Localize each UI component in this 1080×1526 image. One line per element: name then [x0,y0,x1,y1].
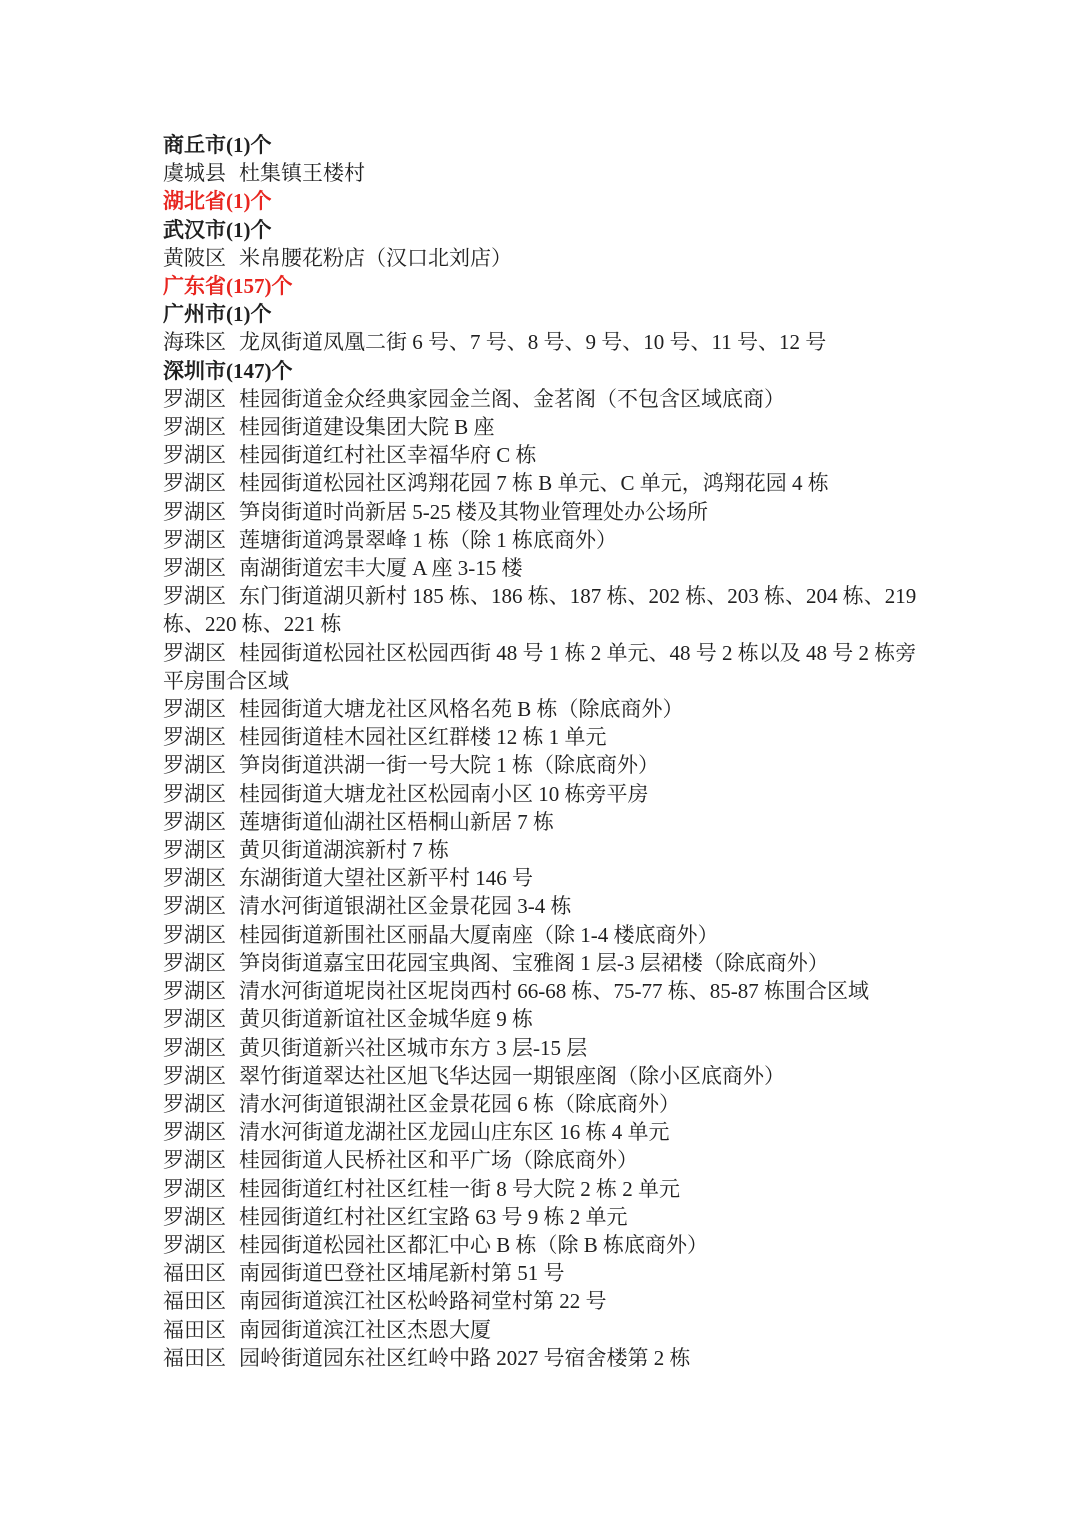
district-label: 罗湖区 [163,1007,226,1031]
address-item: 罗湖区笋岗街道洪湖一街一号大院 1 栋（除底商外） [163,751,920,779]
address-text: 桂园街道建设集团大院 B 座 [239,415,495,439]
address-text: 桂园街道桂木园社区红群楼 12 栋 1 单元 [239,725,607,749]
address-item: 罗湖区桂园街道大塘龙社区松园南小区 10 栋旁平房 [163,780,920,808]
district-label: 罗湖区 [163,923,226,947]
address-text: 桂园街道松园社区鸿翔花园 7 栋 B 单元、C 单元，鸿翔花园 4 栋 [239,471,829,495]
address-item: 罗湖区桂园街道松园社区松园西街 48 号 1 栋 2 单元、48 号 2 栋以及… [163,639,920,695]
district-label: 罗湖区 [163,1064,226,1088]
address-text: 清水河街道坭岗社区坭岗西村 66-68 栋、75-77 栋、85-87 栋围合区… [239,979,869,1003]
address-text: 东门街道湖贝新村 185 栋、186 栋、187 栋、202 栋、203 栋、2… [163,584,916,636]
district-label: 罗湖区 [163,528,226,552]
address-text: 米帛腰花粉店（汉口北刘店） [239,246,512,270]
district-label: 罗湖区 [163,894,226,918]
address-item: 罗湖区翠竹街道翠达社区旭飞华达园一期银座阁（除小区底商外） [163,1062,920,1090]
address-text: 黄贝街道新谊社区金城华庭 9 栋 [239,1007,533,1031]
address-text: 桂园街道新围社区丽晶大厦南座（除 1-4 楼底商外） [239,923,719,947]
district-label: 罗湖区 [163,979,226,1003]
district-label: 福田区 [163,1261,226,1285]
district-label: 虞城县 [163,161,226,185]
city-heading: 深圳市(147)个 [163,357,920,385]
address-item: 罗湖区桂园街道红村社区幸福华府 C 栋 [163,441,920,469]
address-text: 黄贝街道湖滨新村 7 栋 [239,838,449,862]
address-text: 桂园街道红村社区红桂一街 8 号大院 2 栋 2 单元 [239,1177,680,1201]
district-label: 罗湖区 [163,1036,226,1060]
address-text: 莲塘街道鸿景翠峰 1 栋（除 1 栋底商外） [239,528,617,552]
address-text: 笋岗街道洪湖一街一号大院 1 栋（除底商外） [239,753,659,777]
document-page: 商丘市(1)个虞城县杜集镇王楼村湖北省(1)个武汉市(1)个黄陂区米帛腰花粉店（… [0,0,1080,1526]
district-label: 福田区 [163,1289,226,1313]
address-text: 桂园街道红村社区红宝路 63 号 9 栋 2 单元 [239,1205,628,1229]
district-label: 罗湖区 [163,753,226,777]
city-heading: 商丘市(1)个 [163,131,920,159]
district-label: 罗湖区 [163,500,226,524]
district-label: 黄陂区 [163,246,226,270]
address-item: 罗湖区桂园街道建设集团大院 B 座 [163,413,920,441]
address-text: 桂园街道金众经典家园金兰阁、金茗阁（不包含区域底商） [239,387,785,411]
city-heading: 武汉市(1)个 [163,216,920,244]
district-label: 罗湖区 [163,1177,226,1201]
district-label: 罗湖区 [163,415,226,439]
address-item: 罗湖区桂园街道人民桥社区和平广场（除底商外） [163,1146,920,1174]
address-text: 园岭街道园东社区红岭中路 2027 号宿舍楼第 2 栋 [239,1346,691,1370]
address-item: 罗湖区南湖街道宏丰大厦 A 座 3-15 楼 [163,554,920,582]
address-item: 福田区南园街道滨江社区杰恩大厦 [163,1316,920,1344]
address-text: 桂园街道人民桥社区和平广场（除底商外） [239,1148,638,1172]
address-text: 笋岗街道嘉宝田花园宝典阁、宝雅阁 1 层-3 层裙楼（除底商外） [239,951,829,975]
address-item: 罗湖区桂园街道金众经典家园金兰阁、金茗阁（不包含区域底商） [163,385,920,413]
address-text: 龙凤街道凤凰二街 6 号、7 号、8 号、9 号、10 号、11 号、12 号 [239,330,826,354]
district-label: 罗湖区 [163,697,226,721]
address-text: 桂园街道松园社区松园西街 48 号 1 栋 2 单元、48 号 2 栋以及 48… [163,641,916,693]
district-label: 罗湖区 [163,1120,226,1144]
address-item: 罗湖区桂园街道大塘龙社区风格名苑 B 栋（除底商外） [163,695,920,723]
address-item: 福田区南园街道滨江社区松岭路祠堂村第 22 号 [163,1287,920,1315]
address-item: 罗湖区黄贝街道新兴社区城市东方 3 层-15 层 [163,1034,920,1062]
address-text: 桂园街道大塘龙社区风格名苑 B 栋（除底商外） [239,697,684,721]
district-label: 罗湖区 [163,443,226,467]
district-label: 罗湖区 [163,1092,226,1116]
district-label: 罗湖区 [163,810,226,834]
address-text: 南园街道滨江社区杰恩大厦 [239,1318,491,1342]
district-label: 罗湖区 [163,556,226,580]
address-item: 福田区南园街道巴登社区埔尾新村第 51 号 [163,1259,920,1287]
address-item: 罗湖区莲塘街道鸿景翠峰 1 栋（除 1 栋底商外） [163,526,920,554]
address-text: 桂园街道大塘龙社区松园南小区 10 栋旁平房 [239,782,649,806]
address-text: 杜集镇王楼村 [239,161,365,185]
district-label: 罗湖区 [163,471,226,495]
district-label: 罗湖区 [163,387,226,411]
province-heading: 广东省(157)个 [163,272,920,300]
address-text: 清水河街道银湖社区金景花园 3-4 栋 [239,894,572,918]
address-item: 罗湖区黄贝街道湖滨新村 7 栋 [163,836,920,864]
district-label: 罗湖区 [163,584,226,608]
address-item: 罗湖区东湖街道大望社区新平村 146 号 [163,864,920,892]
district-label: 罗湖区 [163,838,226,862]
address-item: 罗湖区清水河街道龙湖社区龙园山庄东区 16 栋 4 单元 [163,1118,920,1146]
address-item: 罗湖区清水河街道坭岗社区坭岗西村 66-68 栋、75-77 栋、85-87 栋… [163,977,920,1005]
district-label: 罗湖区 [163,951,226,975]
address-text: 桂园街道红村社区幸福华府 C 栋 [239,443,537,467]
address-item: 罗湖区黄贝街道新谊社区金城华庭 9 栋 [163,1005,920,1033]
district-label: 罗湖区 [163,1205,226,1229]
region-address-list: 商丘市(1)个虞城县杜集镇王楼村湖北省(1)个武汉市(1)个黄陂区米帛腰花粉店（… [163,131,920,1372]
address-item: 罗湖区清水河街道银湖社区金景花园 3-4 栋 [163,892,920,920]
address-item: 罗湖区莲塘街道仙湖社区梧桐山新居 7 栋 [163,808,920,836]
address-text: 笋岗街道时尚新居 5-25 楼及其物业管理处办公场所 [239,500,708,524]
address-item: 罗湖区桂园街道红村社区红宝路 63 号 9 栋 2 单元 [163,1203,920,1231]
address-item: 黄陂区米帛腰花粉店（汉口北刘店） [163,244,920,272]
province-heading: 湖北省(1)个 [163,187,920,215]
district-label: 罗湖区 [163,1148,226,1172]
address-item: 罗湖区桂园街道桂木园社区红群楼 12 栋 1 单元 [163,723,920,751]
address-text: 清水河街道龙湖社区龙园山庄东区 16 栋 4 单元 [239,1120,670,1144]
address-item: 罗湖区笋岗街道时尚新居 5-25 楼及其物业管理处办公场所 [163,498,920,526]
address-text: 南湖街道宏丰大厦 A 座 3-15 楼 [239,556,523,580]
address-item: 罗湖区东门街道湖贝新村 185 栋、186 栋、187 栋、202 栋、203 … [163,582,920,638]
address-text: 东湖街道大望社区新平村 146 号 [239,866,533,890]
district-label: 罗湖区 [163,1233,226,1257]
address-item: 罗湖区清水河街道银湖社区金景花园 6 栋（除底商外） [163,1090,920,1118]
address-text: 南园街道滨江社区松岭路祠堂村第 22 号 [239,1289,607,1313]
district-label: 福田区 [163,1318,226,1342]
address-text: 莲塘街道仙湖社区梧桐山新居 7 栋 [239,810,554,834]
address-text: 南园街道巴登社区埔尾新村第 51 号 [239,1261,565,1285]
district-label: 罗湖区 [163,641,226,665]
district-label: 罗湖区 [163,866,226,890]
address-item: 罗湖区桂园街道松园社区鸿翔花园 7 栋 B 单元、C 单元，鸿翔花园 4 栋 [163,469,920,497]
address-item: 罗湖区桂园街道新围社区丽晶大厦南座（除 1-4 楼底商外） [163,921,920,949]
address-item: 虞城县杜集镇王楼村 [163,159,920,187]
address-item: 福田区园岭街道园东社区红岭中路 2027 号宿舍楼第 2 栋 [163,1344,920,1372]
district-label: 罗湖区 [163,725,226,749]
address-text: 桂园街道松园社区都汇中心 B 栋（除 B 栋底商外） [239,1233,708,1257]
address-text: 翠竹街道翠达社区旭飞华达园一期银座阁（除小区底商外） [239,1064,785,1088]
address-text: 清水河街道银湖社区金景花园 6 栋（除底商外） [239,1092,680,1116]
address-item: 罗湖区桂园街道红村社区红桂一街 8 号大院 2 栋 2 单元 [163,1175,920,1203]
address-item: 海珠区龙凤街道凤凰二街 6 号、7 号、8 号、9 号、10 号、11 号、12… [163,328,920,356]
district-label: 海珠区 [163,330,226,354]
district-label: 罗湖区 [163,782,226,806]
address-item: 罗湖区笋岗街道嘉宝田花园宝典阁、宝雅阁 1 层-3 层裙楼（除底商外） [163,949,920,977]
address-item: 罗湖区桂园街道松园社区都汇中心 B 栋（除 B 栋底商外） [163,1231,920,1259]
city-heading: 广州市(1)个 [163,300,920,328]
address-text: 黄贝街道新兴社区城市东方 3 层-15 层 [239,1036,587,1060]
district-label: 福田区 [163,1346,226,1370]
